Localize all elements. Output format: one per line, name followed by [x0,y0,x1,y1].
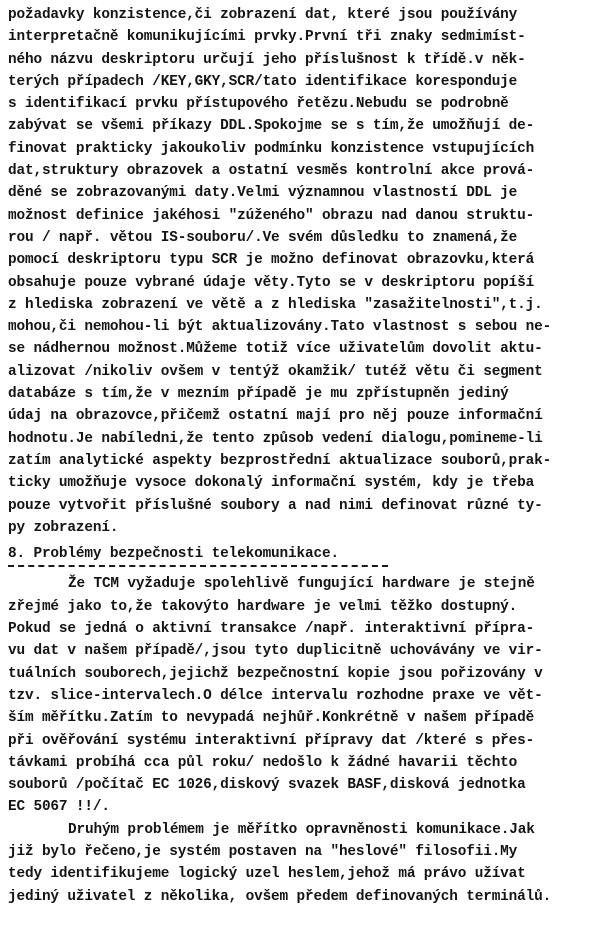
text-line: py zobrazení. [8,517,614,539]
text-line: pomocí deskriptoru typu SCR je možno def… [8,249,614,271]
section-heading: 8. Problémy bezpečnosti telekomunikace. [8,543,614,565]
text-line: již bylo řečeno,je systém postaven na "h… [8,841,614,863]
text-line: Že TCM vyžaduje spolehlivě fungující har… [8,573,614,595]
text-line: požadavky konzistence,či zobrazení dat, … [8,4,614,26]
text-line: interpretačně komunikujícími prvky.První… [8,26,614,48]
text-line: finovat prakticky jakoukoliv podmínku ko… [8,138,614,160]
text-line: mohou,či nemohou-li být aktualizovány.Ta… [8,316,614,338]
text-line: se nádhernou možnost.Můžeme totiž více u… [8,338,614,360]
text-line: obsahuje pouze vybrané údaje věty.Tyto s… [8,272,614,294]
text-line: dat,struktury obrazovek a ostatní vesměs… [8,160,614,182]
text-line: vu dat v našem případě/,jsou tyto duplic… [8,640,614,662]
text-line: rou / např. větou IS-souboru/.Ve svém dů… [8,227,614,249]
paragraph-2: Že TCM vyžaduje spolehlivě fungující har… [8,573,614,818]
text-line: při ověřování systému interaktivní přípr… [8,730,614,752]
text-line: databáze s tím,že v mezním případě je mu… [8,383,614,405]
text-line: EC 5067 !!/. [8,796,614,818]
text-line: ším měřítku.Zatím to nevypadá nejhůř.Kon… [8,707,614,729]
text-line: Pokud se jedná o aktivní transakce /např… [8,618,614,640]
text-line: pouze vytvořit příslušné soubory a nad n… [8,495,614,517]
text-line: jediný uživatel z několika, ovšem předem… [8,886,614,908]
text-line: alizovat /nikoliv ovšem v tentýž okamžik… [8,361,614,383]
text-line: zatím analytické aspekty bezprostřední a… [8,450,614,472]
text-line: děné se zobrazovanými daty.Velmi významn… [8,182,614,204]
text-line: s identifikací prvku přístupového řetězu… [8,93,614,115]
text-line: ticky umožňuje vysoce dokonalý informačn… [8,472,614,494]
text-line: souborů /počítač EC 1026,diskový svazek … [8,774,614,796]
paragraph-3: Druhým problémem je měřítko opravněnosti… [8,819,614,908]
text-line: možnost definice jakéhosi "zúženého" obr… [8,205,614,227]
text-line: tedy identifikujeme logický uzel heslem,… [8,863,614,885]
document-page: požadavky konzistence,či zobrazení dat, … [8,4,614,908]
text-line: ného názvu deskriptoru určují jeho přísl… [8,49,614,71]
text-line: tuálních souborech,jejichž bezpečnostní … [8,663,614,685]
text-line: z hlediska zobrazení ve větě a z hledisk… [8,294,614,316]
text-line: údaj na obrazovce,přičemž ostatní mají p… [8,405,614,427]
text-line: hodnotu.Je nabíledni,že tento způsob ved… [8,428,614,450]
text-line: Druhým problémem je měřítko opravněnosti… [8,819,614,841]
text-line: zabývat se všemi příkazy DDL.Spokojme se… [8,115,614,137]
text-line: zřejmé jako to,že takovýto hardware je v… [8,596,614,618]
text-line: terých případech /KEY,GKY,SCR/tato ident… [8,71,614,93]
text-line: tzv. slice-intervalech.O délce intervalu… [8,685,614,707]
paragraph-1: požadavky konzistence,či zobrazení dat, … [8,4,614,539]
text-line: távkami probíhá cca půl roku/ nedošlo k … [8,752,614,774]
